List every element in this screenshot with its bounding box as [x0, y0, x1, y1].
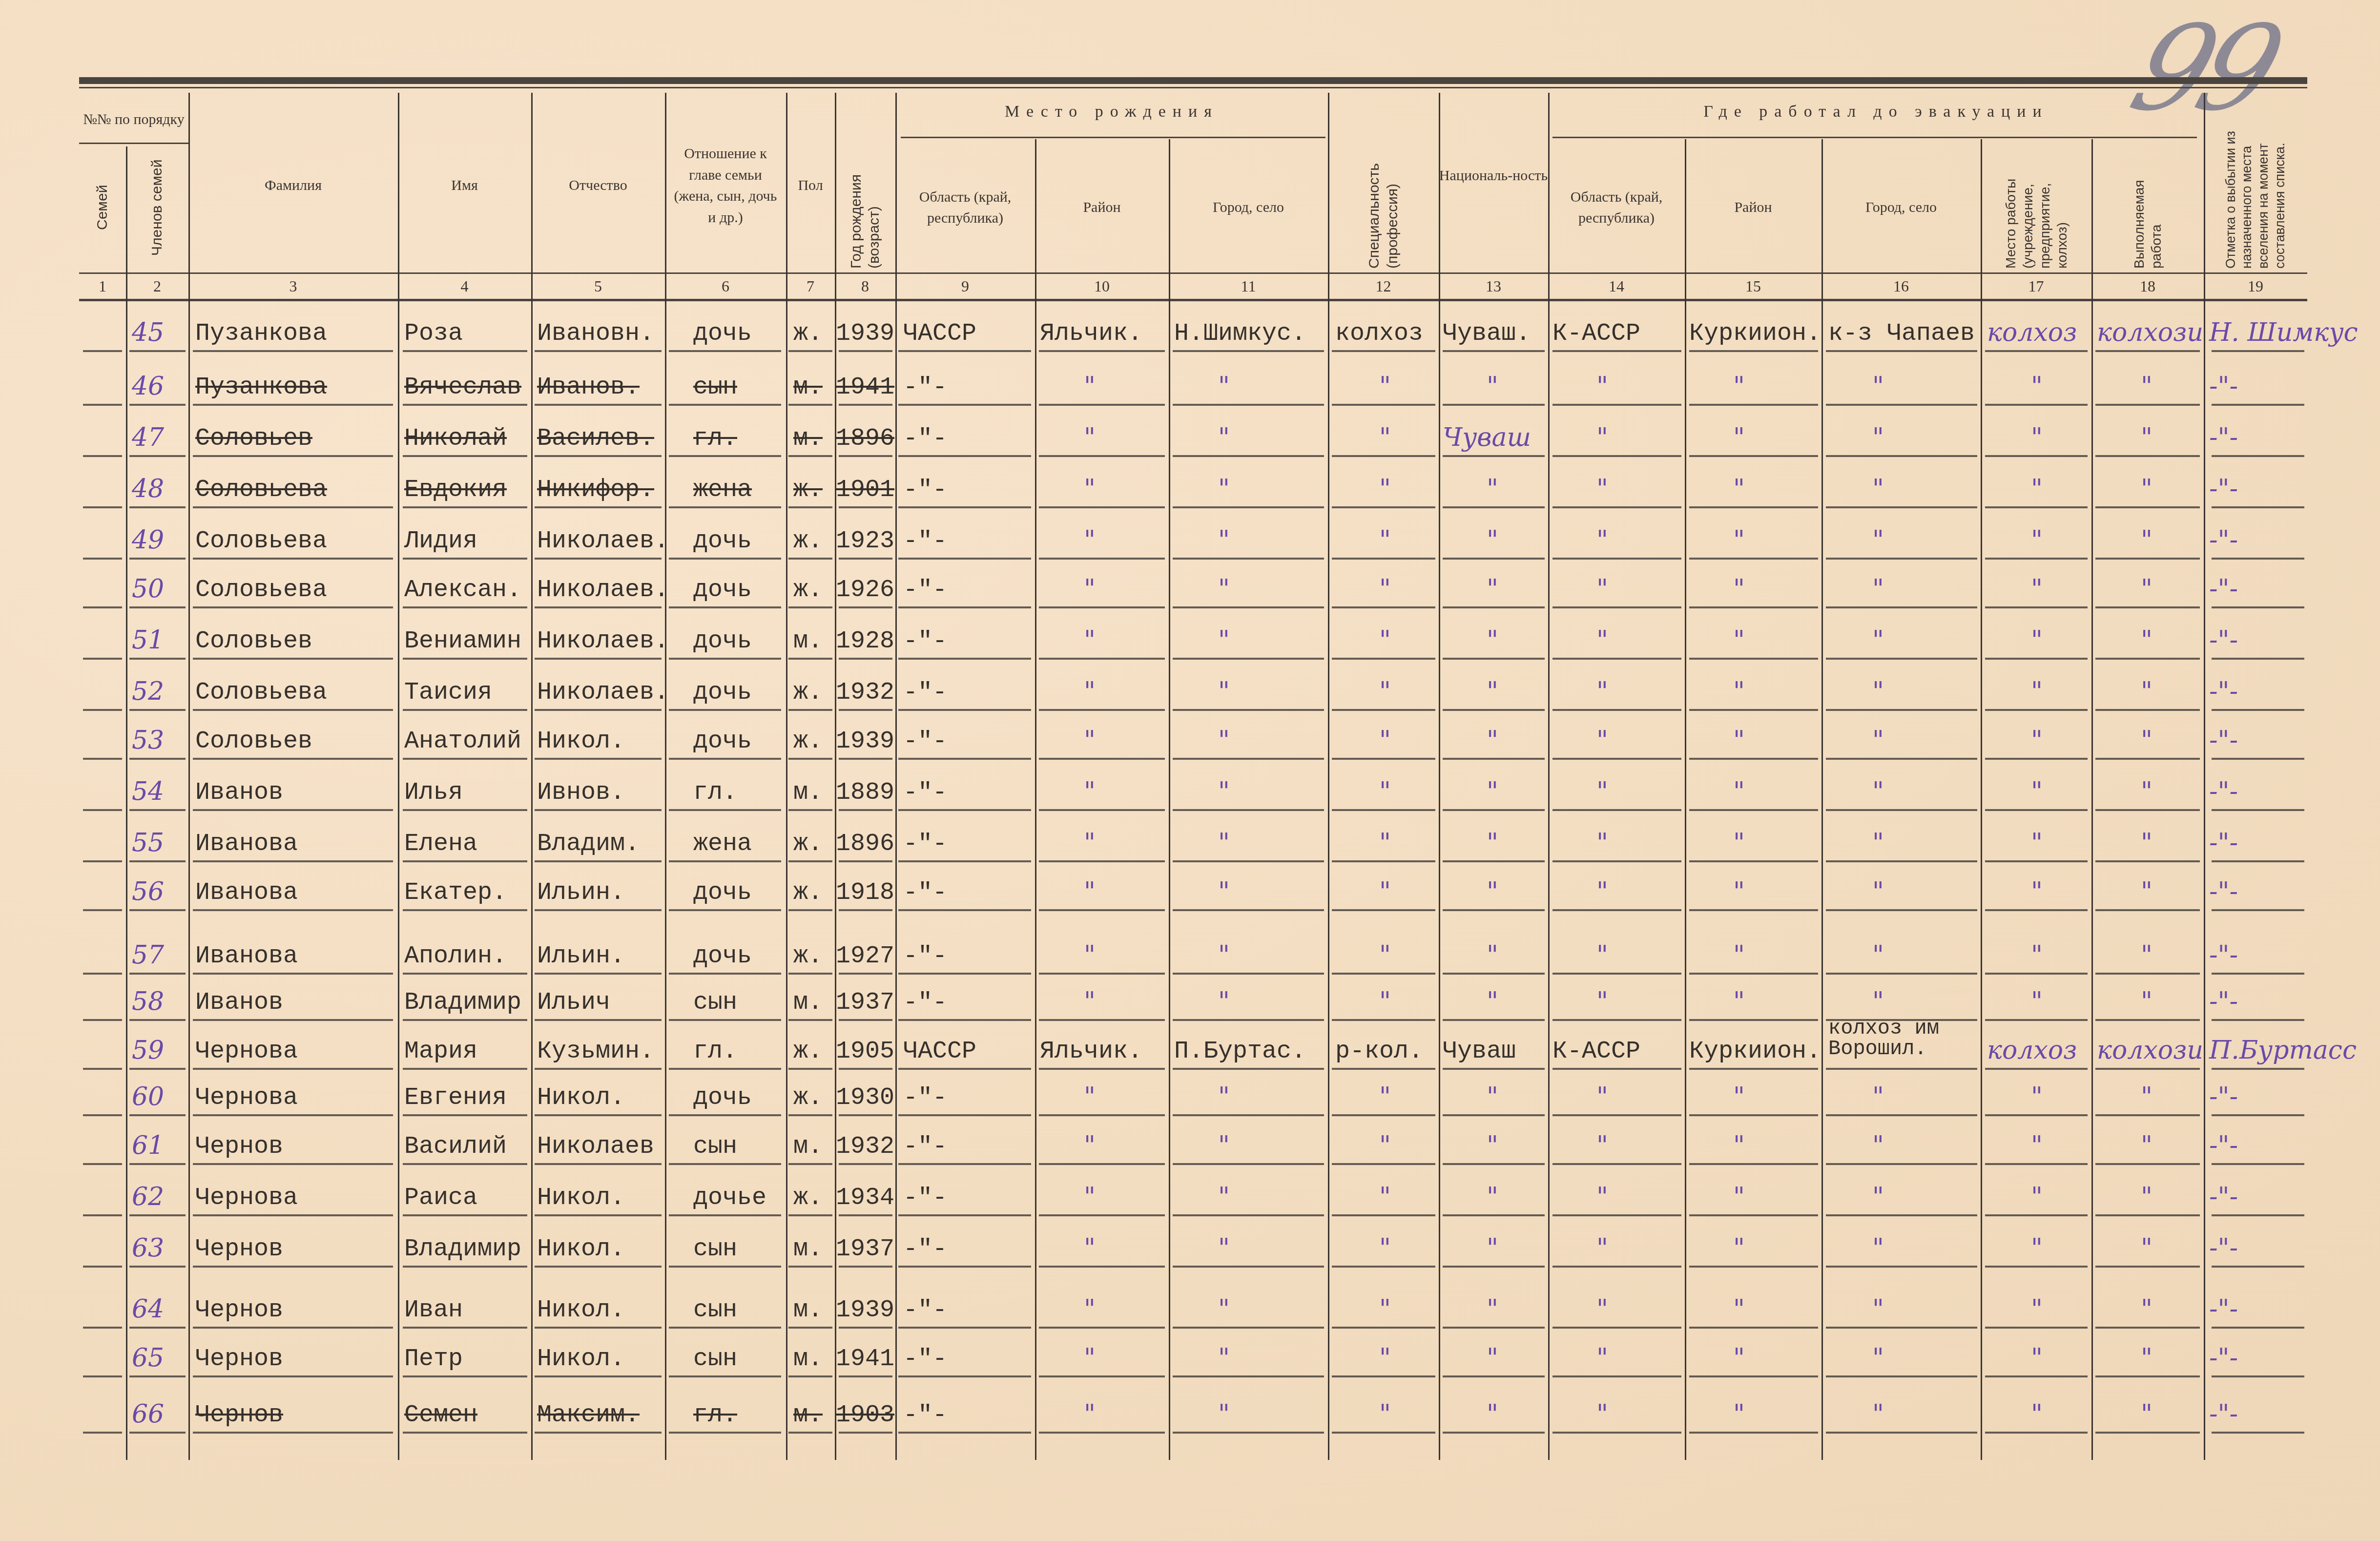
birth-place-cell: "	[1218, 987, 1230, 1016]
row-underline	[403, 1266, 527, 1268]
work-district-cell: "	[1733, 940, 1745, 970]
row-underline	[1689, 1375, 1818, 1377]
member-number: 59	[132, 1036, 164, 1065]
row-underline	[129, 709, 186, 711]
row-underline	[1173, 860, 1324, 862]
row-underline	[788, 860, 832, 862]
birth-place-cell: "	[1218, 1131, 1230, 1160]
patronymic-cell: Николаев.	[537, 679, 669, 707]
sex-cell: м.	[793, 374, 823, 401]
row-underline	[669, 1068, 781, 1070]
row-underline	[1443, 1163, 1545, 1165]
row-underline	[1332, 404, 1435, 406]
row-underline	[1985, 909, 2088, 911]
row-underline	[83, 1019, 122, 1021]
header-col-17: Место работы (учреждение, предприятие, к…	[1981, 142, 2091, 269]
sex-cell: м.	[793, 627, 823, 655]
birth-place-cell: "	[1218, 372, 1230, 401]
row-underline	[1039, 1214, 1165, 1216]
row-underline	[1826, 506, 1977, 508]
row-underline	[1826, 809, 1977, 811]
col-divider	[1981, 139, 1982, 1460]
row-underline	[839, 350, 892, 352]
row-underline	[2095, 809, 2200, 811]
row-underline	[1689, 860, 1818, 862]
workplace-cell: "	[2031, 777, 2043, 806]
relation-cell: жена	[693, 830, 752, 858]
row-underline	[2212, 1214, 2304, 1216]
patronymic-cell: Ильин.	[537, 879, 625, 907]
first-name-cell: Иван	[404, 1296, 463, 1324]
row-underline	[193, 350, 393, 352]
patronymic-cell: Никол.	[537, 1345, 625, 1373]
row-underline	[2212, 350, 2304, 352]
row-underline	[535, 1163, 662, 1165]
work-district-cell: "	[1733, 423, 1745, 452]
birth-year-cell: 1939	[836, 1296, 894, 1324]
surname-cell: Чернов	[195, 1345, 283, 1373]
col-divider	[895, 93, 897, 1460]
row-underline	[669, 1432, 781, 1434]
work-district-cell: "	[1733, 1399, 1745, 1429]
row-underline	[535, 1019, 662, 1021]
row-underline	[403, 1375, 527, 1377]
birth-district-cell: Яльчик.	[1040, 1038, 1142, 1065]
surname-cell: Чернов	[195, 1401, 283, 1429]
birth-year-cell: 1932	[836, 1133, 894, 1161]
first-name-cell: Екатер.	[404, 879, 507, 907]
row-underline	[1826, 709, 1977, 711]
row-underline	[1689, 1327, 1818, 1329]
row-underline	[1985, 404, 2088, 406]
row-underline	[1039, 1068, 1165, 1070]
birth-district-cell: "	[1084, 1082, 1096, 1111]
row-underline	[839, 506, 892, 508]
row-underline	[1826, 758, 1977, 760]
work-place-cell: "	[1872, 474, 1884, 503]
birth-district-cell: "	[1084, 372, 1096, 401]
job-cell: "	[2141, 726, 2152, 755]
row-underline	[1332, 1114, 1435, 1116]
row-underline	[83, 1163, 122, 1165]
row-underline	[1826, 658, 1977, 660]
work-place-cell: "	[1872, 828, 1884, 857]
row-underline	[403, 1163, 527, 1165]
row-underline	[535, 1266, 662, 1268]
work-place-cell: "	[1872, 987, 1884, 1016]
birth-year-cell: 1930	[836, 1084, 894, 1112]
work-region-cell: "	[1596, 1343, 1608, 1373]
row-underline	[1985, 709, 2088, 711]
birth-region-cell: -"-	[903, 1296, 947, 1324]
departure-note-cell: -"-	[2209, 987, 2238, 1016]
birth-place-cell: "	[1218, 677, 1230, 706]
sex-cell: ж.	[793, 476, 823, 504]
birth-place-cell: Н.Шимкус.	[1174, 320, 1306, 348]
relation-cell: гл.	[693, 425, 737, 453]
row-underline	[1552, 709, 1681, 711]
row-underline	[1985, 973, 2088, 975]
row-underline	[1689, 455, 1818, 457]
row-underline	[129, 809, 186, 811]
relation-cell: сын	[693, 374, 737, 401]
work-place-cell: "	[1872, 677, 1884, 706]
row-underline	[535, 1327, 662, 1329]
work-place-cell: "	[1872, 423, 1884, 452]
col-number-13: 13	[1439, 277, 1548, 295]
member-number: 46	[132, 372, 164, 401]
work-place-cell: "	[1872, 372, 1884, 401]
birth-year-cell: 1932	[836, 679, 894, 707]
row-underline	[193, 909, 393, 911]
member-number: 55	[132, 828, 164, 857]
nationality-cell: "	[1487, 1294, 1498, 1324]
row-underline	[2212, 455, 2304, 457]
patronymic-cell: Никол.	[537, 1184, 625, 1212]
row-underline	[1552, 909, 1681, 911]
sex-cell: ж.	[793, 830, 823, 858]
row-underline	[788, 1019, 832, 1021]
row-underline	[839, 758, 892, 760]
row-underline	[83, 455, 122, 457]
col-divider	[665, 93, 666, 1460]
member-number: 57	[132, 940, 164, 970]
row-underline	[1985, 455, 2088, 457]
row-underline	[2212, 860, 2304, 862]
row-underline	[1826, 1266, 1977, 1268]
sex-cell: м.	[793, 1401, 823, 1429]
work-region-cell: "	[1596, 372, 1608, 401]
departure-note-cell: -"-	[2209, 1343, 2238, 1373]
work-district-cell: "	[1733, 1294, 1745, 1324]
nationality-cell: "	[1487, 1082, 1498, 1111]
birth-region-cell: -"-	[903, 1084, 947, 1112]
work-place-cell: "	[1872, 625, 1884, 655]
nationality-cell: "	[1487, 677, 1498, 706]
member-number: 50	[132, 574, 164, 604]
surname-cell: Иванова	[195, 942, 298, 970]
first-name-cell: Илья	[404, 779, 463, 807]
row-underline	[788, 606, 832, 608]
job-cell: колхози	[2097, 318, 2203, 347]
member-number: 58	[132, 987, 164, 1016]
work-region-cell: "	[1596, 525, 1608, 555]
birth-region-cell: ЧАССР	[903, 1038, 976, 1065]
patronymic-cell: Николаев	[537, 1133, 654, 1161]
row-underline	[193, 404, 393, 406]
relation-cell: дочь	[693, 879, 752, 907]
row-underline	[129, 1266, 186, 1268]
row-underline	[1039, 506, 1165, 508]
birth-region-cell: -"-	[903, 576, 947, 604]
row-underline	[403, 1068, 527, 1070]
work-district-cell: "	[1733, 677, 1745, 706]
row-underline	[898, 860, 1031, 862]
col-number-2: 2	[126, 277, 188, 295]
work-district-cell: "	[1733, 625, 1745, 655]
header-col-18: Выполняемая работа	[2091, 142, 2204, 269]
row-underline	[1552, 1163, 1681, 1165]
row-underline	[898, 1068, 1031, 1070]
row-underline	[83, 658, 122, 660]
first-name-cell: Владимир	[404, 989, 521, 1017]
workplace-cell: "	[2031, 1182, 2043, 1211]
row-underline	[1039, 1432, 1165, 1434]
row-underline	[193, 860, 393, 862]
row-underline	[1689, 1068, 1818, 1070]
row-underline	[1826, 860, 1977, 862]
row-underline	[1039, 860, 1165, 862]
row-underline	[1443, 606, 1545, 608]
surname-cell: Чернова	[195, 1038, 298, 1065]
first-name-cell: Вениамин	[404, 627, 521, 655]
work-district-cell: "	[1733, 1082, 1745, 1111]
profession-cell: "	[1379, 625, 1391, 655]
row-underline	[898, 506, 1031, 508]
job-cell: "	[2141, 1294, 2152, 1324]
col-number-11: 11	[1169, 277, 1328, 295]
nationality-cell: "	[1487, 625, 1498, 655]
row-underline	[403, 909, 527, 911]
departure-note-cell: -"-	[2209, 1233, 2238, 1263]
row-underline	[83, 1114, 122, 1116]
row-underline	[2095, 455, 2200, 457]
sex-cell: ж.	[793, 527, 823, 555]
row-underline	[1689, 809, 1818, 811]
row-underline	[898, 1432, 1031, 1434]
birth-year-cell: 1926	[836, 576, 894, 604]
patronymic-cell: Ильич	[537, 989, 610, 1017]
row-underline	[1443, 558, 1545, 560]
row-underline	[898, 909, 1031, 911]
work-region-cell: "	[1596, 726, 1608, 755]
row-underline	[788, 350, 832, 352]
row-underline	[403, 973, 527, 975]
row-underline	[193, 606, 393, 608]
row-underline	[83, 909, 122, 911]
work-region-cell: "	[1596, 625, 1608, 655]
row-underline	[2212, 973, 2304, 975]
header-col-1: Семей	[79, 146, 126, 269]
row-underline	[1332, 1163, 1435, 1165]
work-region-cell: "	[1596, 423, 1608, 452]
row-underline	[1826, 909, 1977, 911]
header-col-4: Имя	[398, 98, 531, 273]
birth-region-cell: -"-	[903, 879, 947, 907]
row-underline	[839, 1327, 892, 1329]
header-col-12: Специальность (профессия)	[1328, 127, 1439, 269]
job-cell: "	[2141, 525, 2152, 555]
row-underline	[535, 1068, 662, 1070]
departure-note-cell: -"-	[2209, 372, 2238, 401]
job-cell: "	[2141, 940, 2152, 970]
col-number-9: 9	[895, 277, 1035, 295]
row-underline	[1332, 606, 1435, 608]
birth-region-cell: -"-	[903, 779, 947, 807]
row-underline	[1689, 606, 1818, 608]
workplace-cell: колхоз	[1987, 318, 2077, 347]
birth-region-cell: -"-	[903, 679, 947, 707]
surname-cell: Соловьев	[195, 728, 312, 755]
row-underline	[1332, 973, 1435, 975]
row-underline	[2095, 506, 2200, 508]
row-underline	[535, 606, 662, 608]
row-underline	[1039, 809, 1165, 811]
departure-note-cell: -"-	[2209, 828, 2238, 857]
surname-cell: Соловьева	[195, 476, 327, 504]
row-underline	[839, 973, 892, 975]
row-underline	[193, 1019, 393, 1021]
row-underline	[1985, 860, 2088, 862]
row-underline	[669, 1214, 781, 1216]
header-col-5: Отчество	[531, 98, 665, 273]
sex-cell: м.	[793, 1345, 823, 1373]
surname-cell: Пузанкова	[195, 320, 327, 348]
birth-year-cell: 1941	[836, 374, 894, 401]
nationality-cell: Чуваш	[1443, 1038, 1516, 1065]
work-region-cell: "	[1596, 777, 1608, 806]
row-underline	[1332, 1432, 1435, 1434]
row-underline	[1985, 1214, 2088, 1216]
row-underline	[1332, 1214, 1435, 1216]
row-underline	[129, 1019, 186, 1021]
row-underline	[535, 909, 662, 911]
row-underline	[2095, 558, 2200, 560]
relation-cell: гл.	[693, 1401, 737, 1429]
profession-cell: "	[1379, 372, 1391, 401]
departure-note-cell: -"-	[2209, 677, 2238, 706]
row-underline	[535, 1432, 662, 1434]
row-underline	[193, 658, 393, 660]
row-underline	[1332, 1019, 1435, 1021]
work-district-cell: "	[1733, 474, 1745, 503]
relation-cell: сын	[693, 989, 737, 1017]
row-underline	[1173, 1266, 1324, 1268]
work-place-cell: к-з Чапаев	[1828, 320, 1975, 348]
workplace-cell: "	[2031, 625, 2043, 655]
row-underline	[193, 809, 393, 811]
birth-place-cell: "	[1218, 777, 1230, 806]
row-underline	[1039, 973, 1165, 975]
row-underline	[535, 1375, 662, 1377]
row-underline	[129, 1114, 186, 1116]
row-underline	[129, 404, 186, 406]
row-underline	[1039, 606, 1165, 608]
row-underline	[898, 973, 1031, 975]
top-rule-thin	[79, 87, 2307, 88]
row-underline	[1552, 1214, 1681, 1216]
row-underline	[669, 506, 781, 508]
row-underline	[1443, 860, 1545, 862]
patronymic-cell: Максим.	[537, 1401, 640, 1429]
workplace-cell: "	[2031, 1399, 2043, 1429]
row-underline	[83, 809, 122, 811]
row-underline	[1039, 1327, 1165, 1329]
departure-note-cell: -"-	[2209, 525, 2238, 555]
row-underline	[1826, 404, 1977, 406]
row-underline	[839, 1266, 892, 1268]
work-district-cell: "	[1733, 574, 1745, 604]
row-underline	[535, 758, 662, 760]
row-underline	[1039, 404, 1165, 406]
profession-cell: "	[1379, 525, 1391, 555]
birth-place-cell: "	[1218, 1399, 1230, 1429]
row-underline	[1689, 1432, 1818, 1434]
birth-region-cell: -"-	[903, 627, 947, 655]
workplace-cell: "	[2031, 574, 2043, 604]
row-underline	[1173, 1432, 1324, 1434]
header-divider	[1552, 137, 2197, 138]
relation-cell: дочь	[693, 942, 752, 970]
row-underline	[2212, 404, 2304, 406]
member-number: 56	[132, 877, 164, 906]
workplace-cell: "	[2031, 1082, 2043, 1111]
row-underline	[2212, 1163, 2304, 1165]
member-number: 51	[132, 625, 164, 655]
row-underline	[1332, 758, 1435, 760]
row-underline	[898, 658, 1031, 660]
work-place-cell: колхоз им Ворошил.	[1828, 1018, 1975, 1059]
col-number-4: 4	[398, 277, 531, 295]
birth-district-cell: "	[1084, 525, 1096, 555]
row-underline	[403, 809, 527, 811]
birth-year-cell: 1896	[836, 425, 894, 453]
nationality-cell: "	[1487, 940, 1498, 970]
row-underline	[83, 1266, 122, 1268]
row-underline	[1443, 973, 1545, 975]
row-underline	[403, 658, 527, 660]
row-underline	[839, 1019, 892, 1021]
sex-cell: ж.	[793, 576, 823, 604]
row-underline	[83, 709, 122, 711]
surname-cell: Чернов	[195, 1235, 283, 1263]
birth-year-cell: 1927	[836, 942, 894, 970]
row-underline	[2212, 1432, 2304, 1434]
row-underline	[1689, 709, 1818, 711]
row-underline	[1985, 1114, 2088, 1116]
row-underline	[1173, 658, 1324, 660]
profession-cell: "	[1379, 1399, 1391, 1429]
departure-note-cell: -"-	[2209, 1131, 2238, 1160]
patronymic-cell: Ильин.	[537, 942, 625, 970]
work-place-cell: "	[1872, 940, 1884, 970]
profession-cell: колхоз	[1335, 320, 1423, 348]
profession-cell: "	[1379, 1343, 1391, 1373]
sex-cell: м.	[793, 1296, 823, 1324]
surname-cell: Иванова	[195, 879, 298, 907]
row-underline	[669, 1019, 781, 1021]
birth-place-cell: "	[1218, 1182, 1230, 1211]
first-name-cell: Николай	[404, 425, 507, 453]
work-place-cell: "	[1872, 877, 1884, 906]
member-number: 53	[132, 726, 164, 755]
row-underline	[2095, 1375, 2200, 1377]
birth-place-cell: "	[1218, 1082, 1230, 1111]
profession-cell: "	[1379, 677, 1391, 706]
row-underline	[1552, 350, 1681, 352]
first-name-cell: Таисия	[404, 679, 492, 707]
row-underline	[2212, 1068, 2304, 1070]
row-underline	[1173, 809, 1324, 811]
patronymic-cell: Николаев.	[537, 527, 669, 555]
work-region-cell: "	[1596, 1233, 1608, 1263]
nationality-cell: "	[1487, 1399, 1498, 1429]
row-underline	[669, 758, 781, 760]
work-region-cell: "	[1596, 940, 1608, 970]
first-name-cell: Петр	[404, 1345, 463, 1373]
row-underline	[1443, 404, 1545, 406]
row-underline	[788, 1163, 832, 1165]
